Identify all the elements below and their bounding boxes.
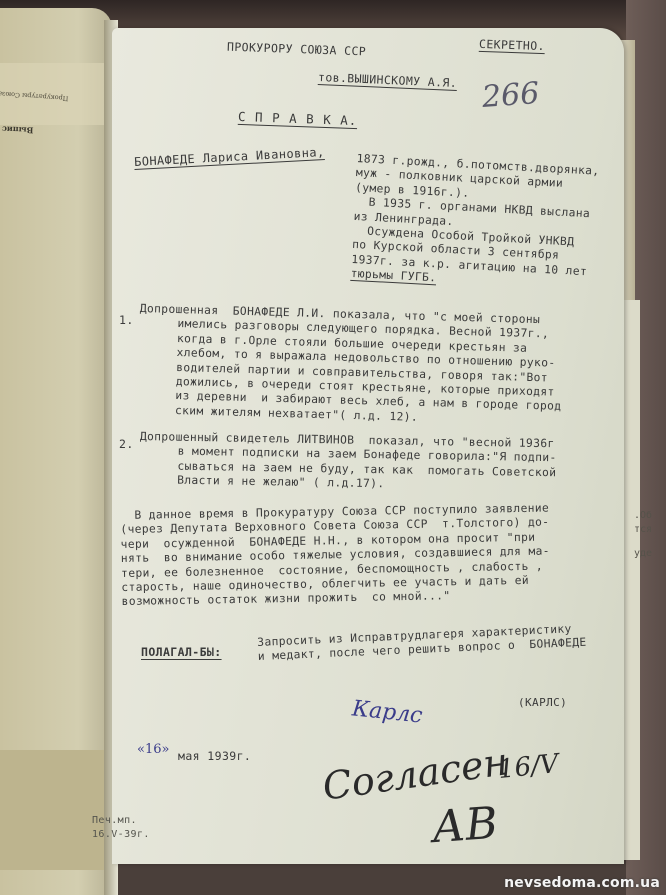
underlying-sheet-fragment: тся (634, 524, 652, 535)
left-page-lower-band (0, 750, 112, 870)
date-day-handwritten: «16» (137, 742, 169, 757)
paragraph-1: Допрошенная БОНАФЕДЕ Л.И. показала, что … (137, 302, 564, 429)
classification-stamp: СЕКРЕТНО. (479, 37, 545, 53)
handwritten-initials: АВ (430, 798, 499, 853)
underlying-sheet-fragment: уде (634, 548, 652, 559)
watermark: nevsedoma.com.ua (504, 875, 660, 891)
conclusion-label: ПОЛАГАЛ-БЫ: (141, 645, 222, 659)
left-page-inverted-heading: Выпис (2, 124, 34, 135)
typist-note-line-2: 16.V-39г. (92, 829, 150, 840)
statement-paragraph: В данное время в Прокуратуру Союза ССР п… (120, 502, 551, 610)
handwritten-approval-date: 16/V (497, 749, 560, 785)
typed-signatory: (КАРЛС) (518, 696, 567, 709)
paragraph-number: 2. (119, 437, 134, 451)
subject-details: 1873 г.рожд., б.потомств.дворянка, муж -… (350, 152, 600, 294)
date-typed: мая 1939г. (178, 749, 251, 763)
paragraph-2: Допрошенный свидетель ЛИТВИНОВ показал, … (139, 430, 557, 495)
paragraph-number: 1. (119, 313, 134, 327)
underlying-sheet-fragment: .Об (634, 510, 652, 521)
typist-note-line-1: Печ.мп. (92, 815, 137, 826)
handwritten-page-number: 266 (481, 76, 541, 115)
left-facing-page: Прокуратуры Союза Выпис (0, 8, 112, 895)
